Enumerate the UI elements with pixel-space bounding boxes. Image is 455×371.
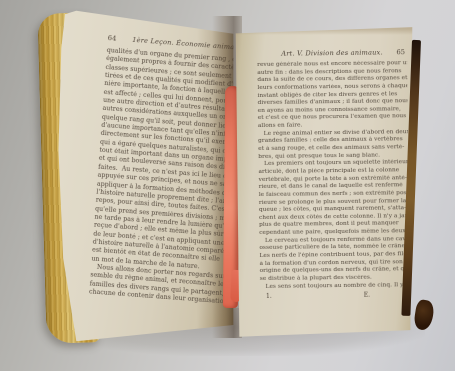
- right-page-text-block: Art. V. Division des animaux. 65 revue g…: [257, 48, 410, 334]
- left-page-number: 64: [107, 34, 116, 43]
- right-running-title: Art. V. Division des animaux.: [281, 48, 383, 57]
- left-page: 64 1ère Leçon. Économie animale. qualité…: [50, 8, 238, 346]
- right-page-lines: revue générale nous est encore nécessair…: [257, 60, 410, 291]
- signature-row: 1. E.: [260, 291, 410, 300]
- text-line: Les sens sont toujours au nombre de cinq…: [260, 282, 410, 291]
- tome-mark: 1.: [266, 293, 272, 300]
- right-page: Art. V. Division des animaux. 65 revue g…: [233, 24, 415, 338]
- right-page-number: 65: [396, 48, 405, 56]
- signature-mark: E.: [364, 292, 370, 299]
- book-cover-corner: [413, 299, 435, 331]
- right-page-header: Art. V. Division des animaux. 65: [257, 48, 407, 58]
- photo-open-book: 64 1ère Leçon. Économie animale. qualité…: [0, 0, 455, 371]
